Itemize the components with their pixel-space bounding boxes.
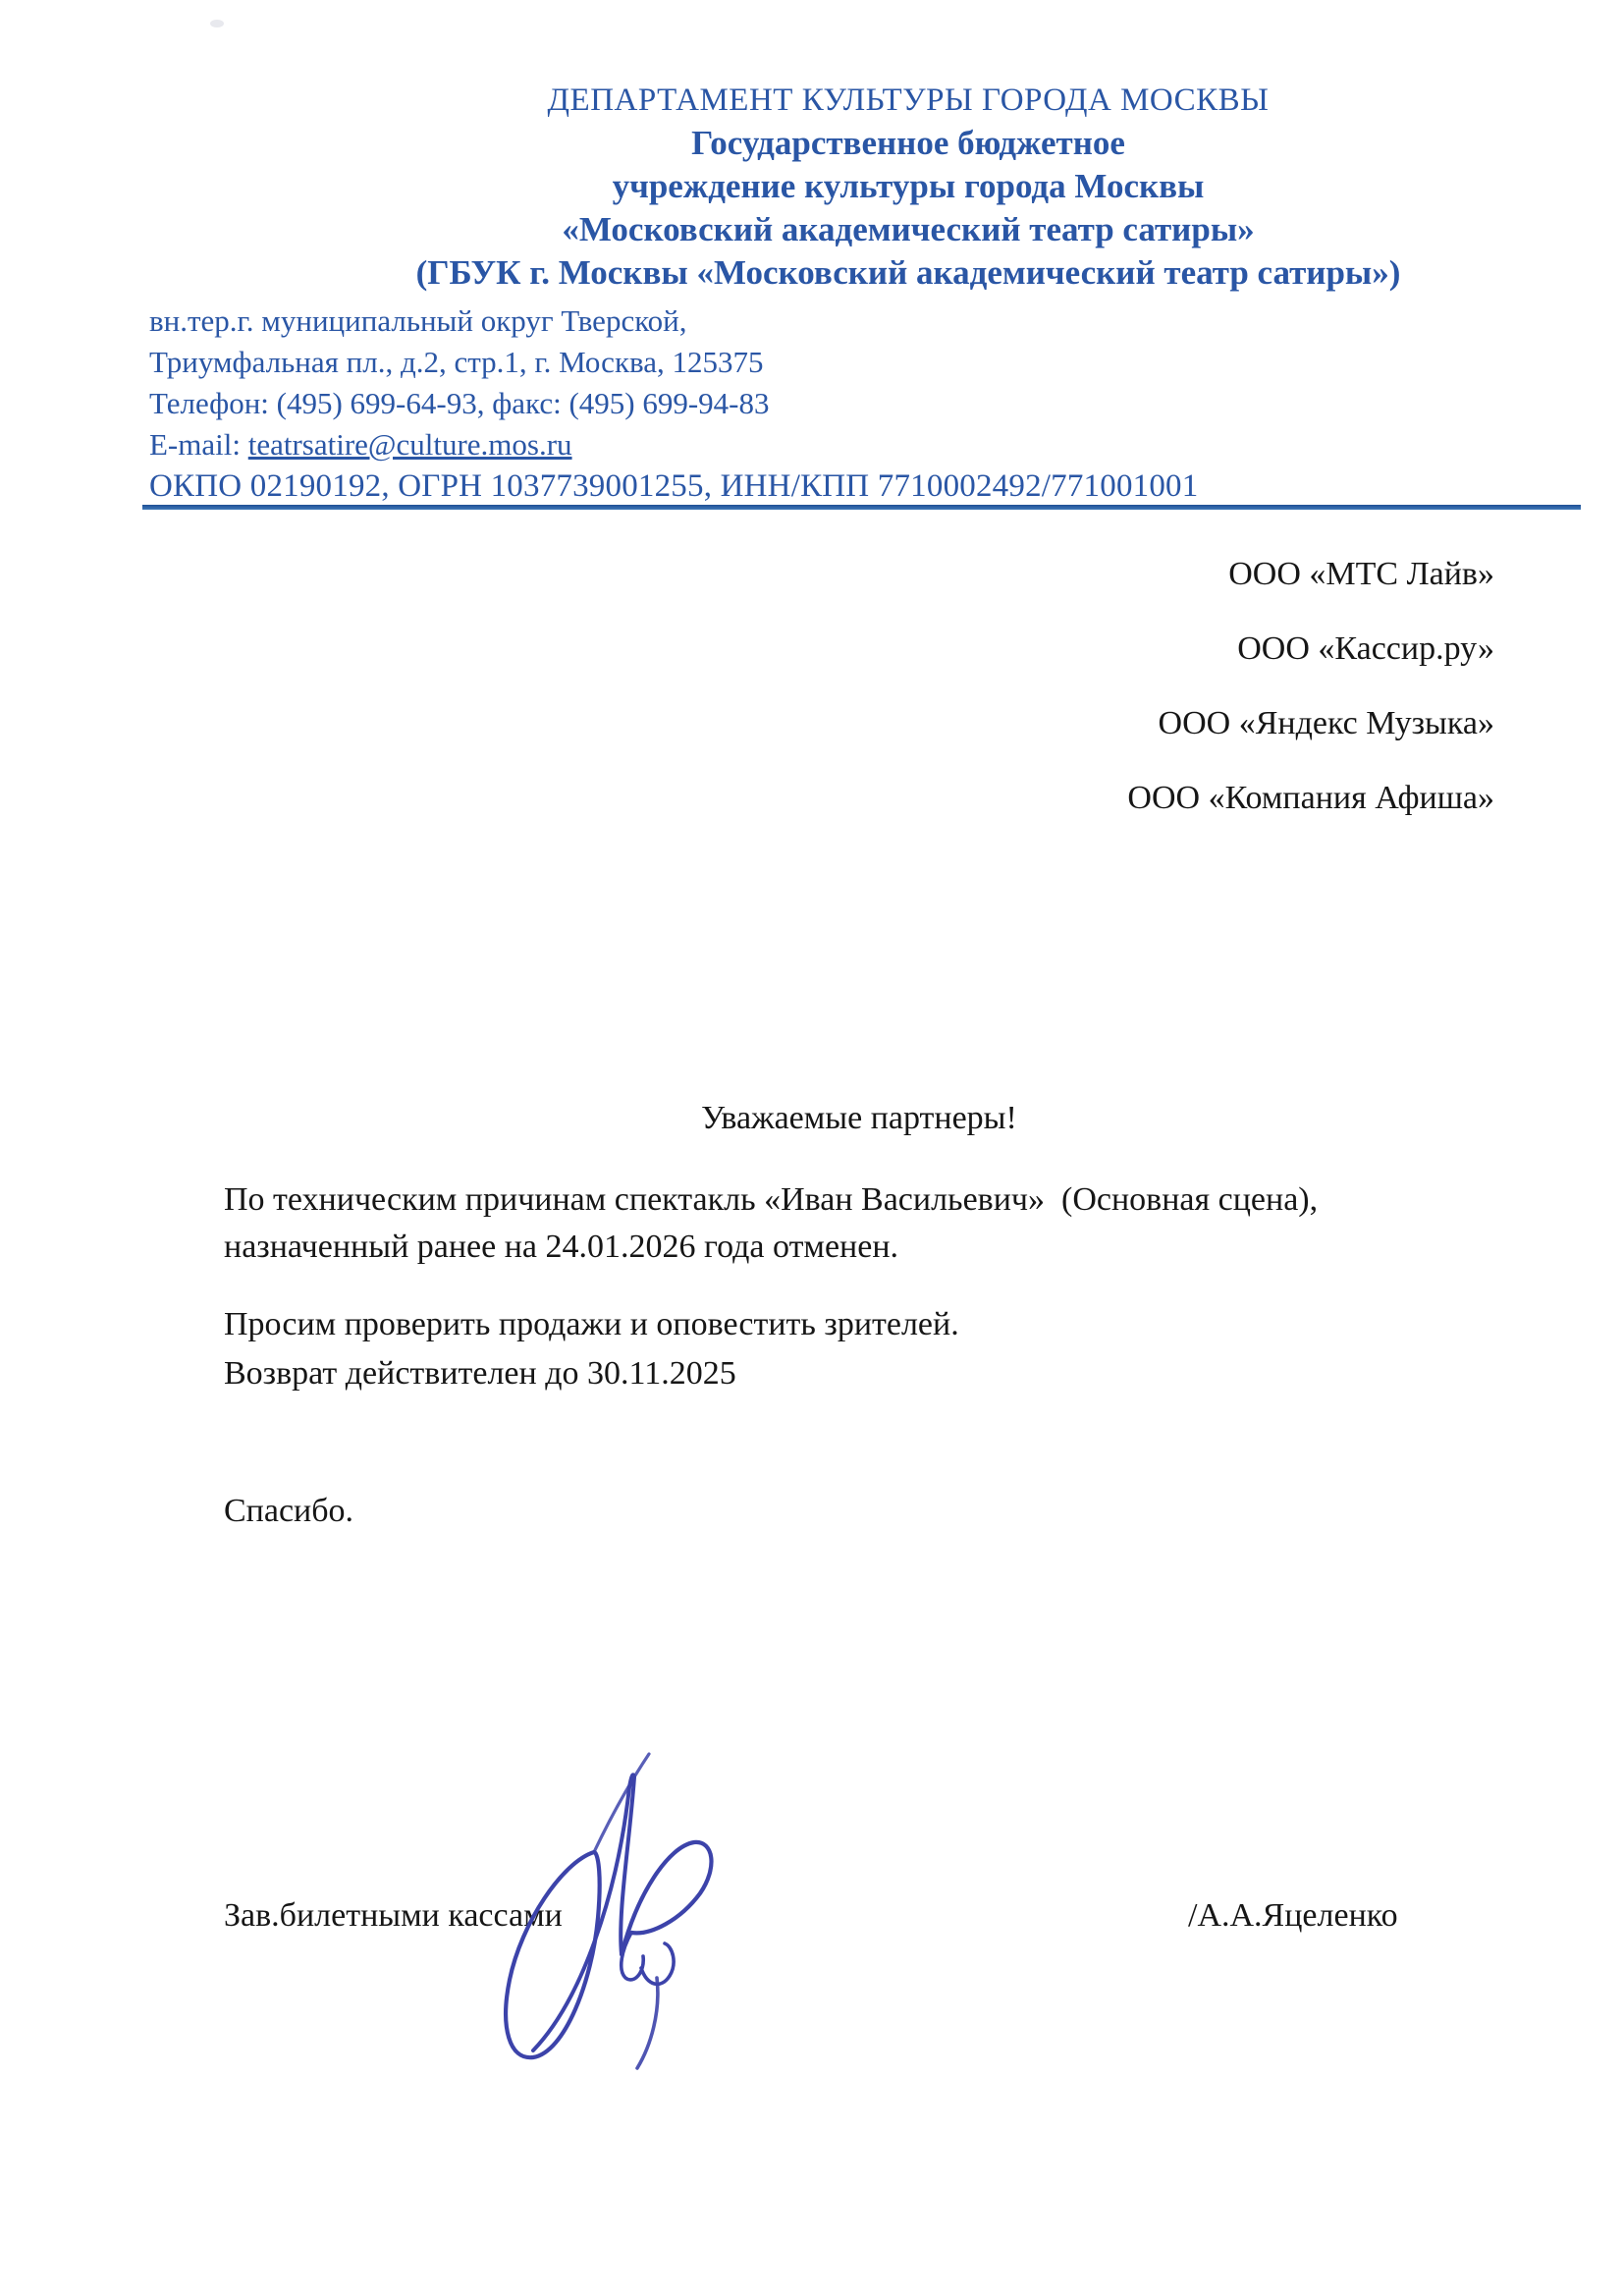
closing-line: Спасибо. bbox=[224, 1493, 1500, 1530]
paragraph2-line2: Возврат действителен до 30.11.2025 bbox=[224, 1355, 1500, 1393]
email-label: E-mail: bbox=[149, 427, 248, 462]
letterhead-org-line-4: (ГБУК г. Москвы «Московский академически… bbox=[236, 251, 1581, 295]
letterhead-divider-rule bbox=[142, 505, 1581, 510]
letterhead-org-line-3: «Московский академический театр сатиры» bbox=[236, 208, 1581, 251]
scanned-letter-page: ДЕПАРТАМЕНТ КУЛЬТУРЫ ГОРОДА МОСКВЫ Госуд… bbox=[0, 0, 1623, 2296]
letterhead-registration-line: ОКПО 02190192, ОГРН 1037739001255, ИНН/К… bbox=[149, 465, 1426, 507]
email-link[interactable]: teatrsatire@culture.mos.ru bbox=[248, 427, 572, 462]
salutation: Уважаемые партнеры! bbox=[224, 1100, 1494, 1137]
signer-name: /А.А.Яцеленко bbox=[1188, 1897, 1398, 1935]
letterhead-org-line-2: учреждение культуры города Москвы bbox=[236, 165, 1581, 208]
letterhead-district-line: вн.тер.г. муниципальный округ Тверской, bbox=[149, 301, 1426, 342]
letterhead-street-line: Триумфальная пл., д.2, стр.1, г. Москва,… bbox=[149, 342, 1426, 383]
recipient-line: ООО «Кассир.ру» bbox=[709, 630, 1494, 668]
letterhead-email-line: E-mail: teatrsatire@culture.mos.ru bbox=[149, 424, 1426, 465]
scan-smudge bbox=[210, 20, 224, 27]
paragraph1-line2: назначенный ранее на 24.01.2026 года отм… bbox=[224, 1229, 1500, 1266]
recipient-line: ООО «Яндекс Музыка» bbox=[709, 705, 1494, 742]
letterhead-department-line: ДЕПАРТАМЕНТ КУЛЬТУРЫ ГОРОДА МОСКВЫ bbox=[236, 79, 1581, 122]
handwritten-signature-ink bbox=[474, 1736, 730, 2075]
paragraph2-line1: Просим проверить продажи и оповестить зр… bbox=[224, 1306, 1500, 1343]
letterhead-org-line-1: Государственное бюджетное bbox=[236, 122, 1581, 165]
recipient-line: ООО «МТС Лайв» bbox=[709, 556, 1494, 593]
paragraph1-line1: По техническим причинам спектакль «Иван … bbox=[224, 1181, 1500, 1219]
recipient-line: ООО «Компания Афиша» bbox=[709, 780, 1494, 817]
letterhead-phone-line: Телефон: (495) 699-64-93, факс: (495) 69… bbox=[149, 383, 1426, 424]
